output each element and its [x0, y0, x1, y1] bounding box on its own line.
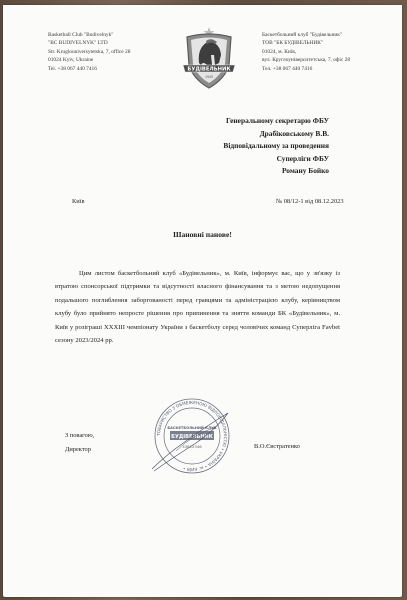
addressee-line: Суперліги ФБУ — [223, 153, 329, 166]
letterhead-line: Тел. +38 067 440 7416 — [262, 65, 350, 73]
closing-regards: З повагою, — [65, 429, 94, 443]
company-seal-stamp-icon: ТОВАРИСТВО З ОБМЕЖЕНОЮ ВІДПОВІДАЛЬНІСТЮ … — [146, 395, 238, 477]
addressee-line: Драбіковському В.В. — [223, 128, 329, 141]
closing-block: З повагою, Директор — [65, 429, 94, 456]
svg-text:1945: 1945 — [205, 75, 213, 79]
addressee-line: Роману Бойко — [223, 165, 329, 178]
signer-title: Директор — [65, 443, 94, 457]
letterhead-line: Basketball Club "Budivelnyk" — [48, 31, 130, 39]
spartan-helmet-shield-logo-icon: БУДІВЕЛЬНИК 1945 — [181, 25, 237, 91]
addressee-line: Генеральному секретарю ФБУ — [223, 115, 329, 128]
letterhead-line: Str. Kruglouniversytetska, 7, office 28 — [48, 48, 130, 56]
city: Київ — [72, 198, 84, 205]
letterhead-line: 01024, м. Київ, — [262, 48, 350, 56]
greeting: Шановні панове! — [3, 230, 402, 239]
letterhead-line: Баскетбольний клуб "Будівельник" — [262, 31, 350, 39]
letterhead-line: Tel. +38 067 440 7416 — [48, 65, 130, 73]
letterhead-line: 01024 Kyiv, Ukraine — [48, 56, 130, 64]
svg-text:43812346: 43812346 — [182, 444, 202, 449]
svg-text:БУДІВЕЛЬНИК: БУДІВЕЛЬНИК — [171, 434, 214, 440]
letterhead-english: Basketball Club "Budivelnyk" "BC BUDIVEL… — [48, 31, 130, 73]
letterhead-ukrainian: Баскетбольний клуб "Будівельник" ТОВ "БК… — [262, 31, 350, 73]
letterhead-line: вул. Круглоуніверситетська, 7, офіс 28 — [262, 56, 350, 64]
letterhead-line: "BC BUDIVELNYK" LTD — [48, 39, 130, 47]
letter-body: Цим листом баскетбольний клуб «Будівельн… — [55, 267, 340, 347]
svg-text:БУДІВЕЛЬНИК: БУДІВЕЛЬНИК — [187, 67, 231, 73]
letterhead-line: ТОВ "БК БУДІВЕЛЬНИК" — [262, 39, 350, 47]
letter-page: Basketball Club "Budivelnyk" "BC BUDIVEL… — [3, 5, 402, 597]
addressee-block: Генеральному секретарю ФБУ Драбіковськом… — [223, 115, 329, 178]
reference-number-date: № 08/12-1 від 08.12.2023 — [276, 198, 344, 205]
signer-name: В.О.Євстратенко — [254, 443, 300, 450]
addressee-line: Відповідальному за проведення — [223, 140, 329, 153]
